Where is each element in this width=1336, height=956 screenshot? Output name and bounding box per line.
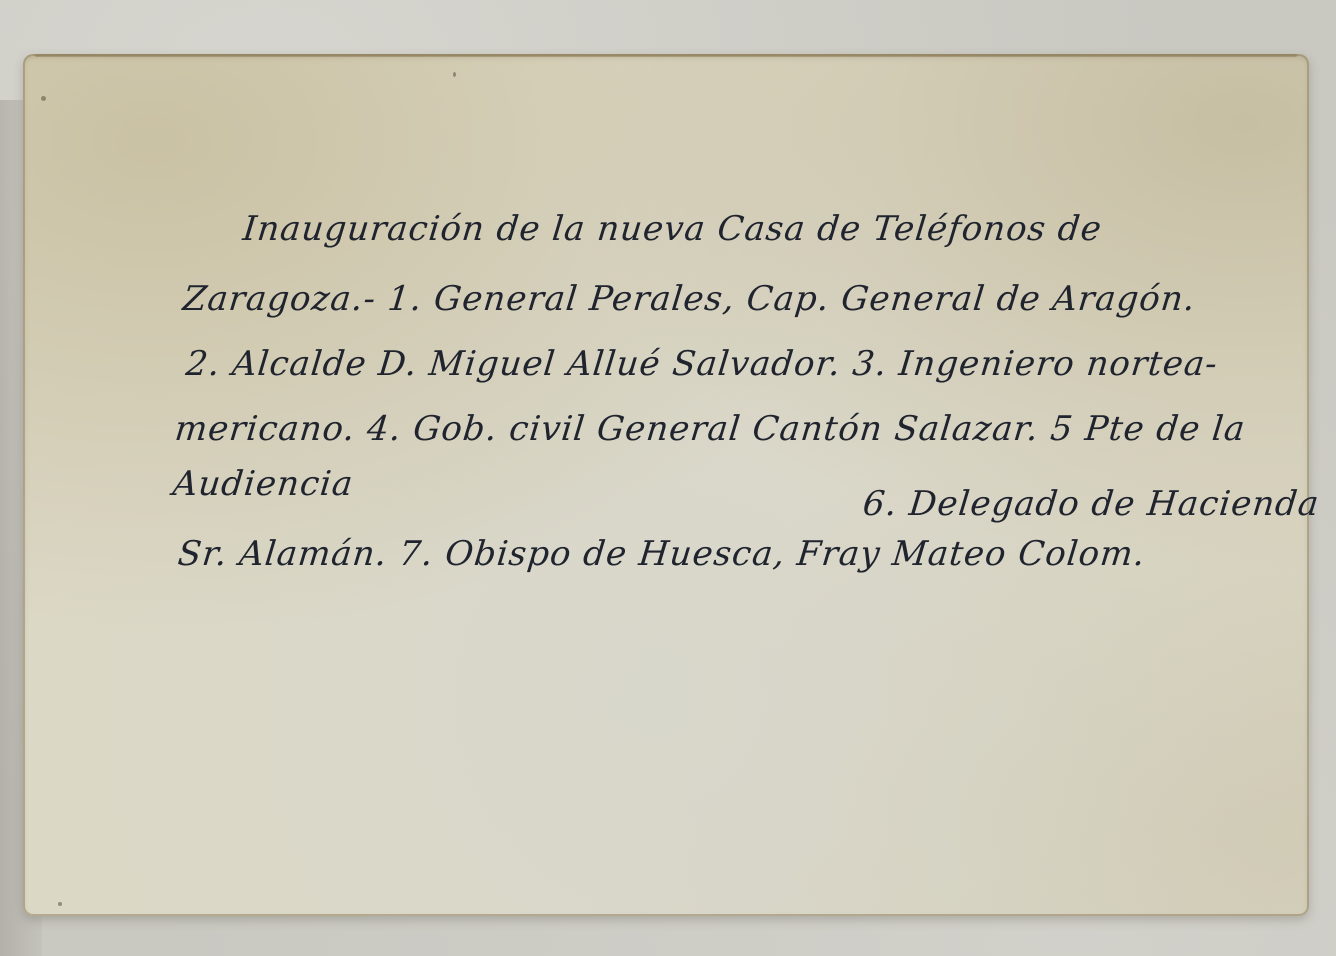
caption-line-4: mericano. 4. Gob. civil General Cantón S… — [173, 409, 1248, 449]
paper-speck — [58, 902, 62, 906]
handwritten-card: Inauguración de la nueva Casa de Teléfon… — [23, 54, 1309, 916]
caption-line-6: Sr. Alamán. 7. Obispo de Huesca, Fray Ma… — [176, 534, 1148, 574]
caption-line-5-left: Audiencia — [171, 464, 356, 504]
paper-speck — [453, 72, 456, 77]
caption-line-1: Inauguración de la nueva Casa de Teléfon… — [241, 209, 1104, 249]
paper-speck — [41, 96, 46, 101]
caption-line-3: 2. Alcalde D. Miguel Allué Salvador. 3. … — [184, 344, 1220, 384]
card-top-edge — [35, 54, 1297, 57]
caption-line-2: Zaragoza.- 1. General Perales, Cap. Gene… — [181, 279, 1198, 319]
caption-line-5-right: 6. Delegado de Hacienda — [861, 484, 1322, 524]
